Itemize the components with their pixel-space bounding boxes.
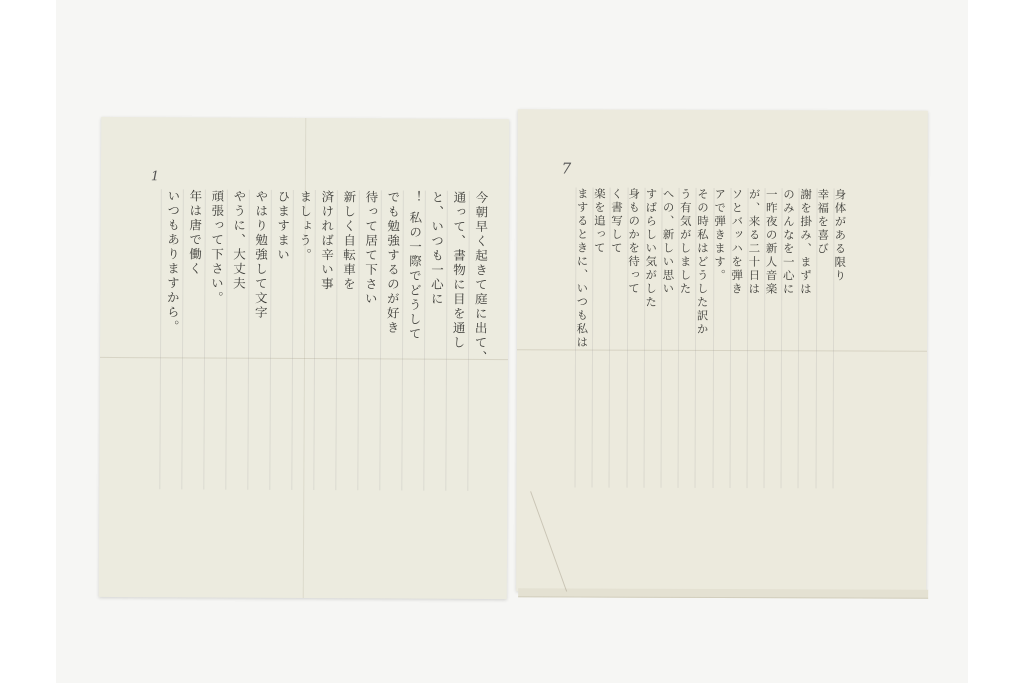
- text-column: ソとバッハを弾き: [729, 188, 747, 488]
- text-column: やうに、大丈夫: [225, 190, 249, 490]
- text-column: 楽を追って: [592, 188, 610, 488]
- text-column: 身体がある限り: [832, 188, 850, 488]
- paper-stack-edge: [518, 588, 928, 598]
- text-column: ！ 私の一際でどうして: [401, 191, 425, 491]
- text-column: 新しく自転車を: [335, 190, 359, 490]
- text-column: 済ければ辛い事: [313, 190, 337, 490]
- text-column: う有気がしました: [678, 188, 696, 488]
- text-column: 通って、書物に目を通し: [445, 191, 469, 491]
- text-column: でも勉強するのが好き: [379, 190, 403, 490]
- text-column: その時私はどうした訳か: [695, 188, 713, 488]
- text-column: やはり勉強して文字: [247, 190, 271, 490]
- manuscript-page-left: 1 今朝早く起きて庭に出て、 通って、書物に目を通し と、いつも一心に ！ 私の…: [99, 117, 510, 599]
- manuscript-page-right: 7 身体がある限り 幸福を喜び 謝を掛み、まずは のみんなを一心に 一昨夜の新人…: [516, 109, 928, 592]
- text-column: への、新しい思い: [660, 188, 678, 488]
- text-column: すばらしい気がした: [643, 188, 661, 488]
- text-column: 身ものかを待って: [626, 188, 644, 488]
- text-column: 一昨夜の新人音楽: [764, 188, 782, 488]
- text-column: 年は唐で働く: [181, 189, 205, 489]
- text-column: く書写して: [609, 188, 627, 488]
- text-column: いつもありますから。: [159, 189, 183, 489]
- handwritten-text-block: 身体がある限り 幸福を喜び 謝を掛み、まずは のみんなを一心に 一昨夜の新人音楽…: [575, 187, 851, 488]
- text-column: ひますまい: [269, 190, 293, 490]
- text-column: と、いつも一心に: [423, 191, 447, 491]
- page-number: 7: [562, 159, 572, 177]
- text-column: 謝を掛み、まずは: [798, 188, 816, 488]
- text-column: 幸福を喜び: [815, 188, 833, 488]
- text-column: まするときに、いつも私は: [575, 187, 593, 487]
- text-column: 頑張って下さい。: [203, 189, 227, 489]
- text-column: が、来る二十日は: [746, 188, 764, 488]
- text-column: のみんなを一心に: [781, 188, 799, 488]
- text-column: 待って居て下さい: [357, 190, 381, 490]
- text-column: 今朝早く起きて庭に出て、: [467, 191, 491, 491]
- text-column: アで弾きます。: [712, 188, 730, 488]
- handwritten-text-block: 今朝早く起きて庭に出て、 通って、書物に目を通し と、いつも一心に ！ 私の一際…: [154, 189, 491, 491]
- text-column: ましょう。: [291, 190, 315, 490]
- page-number: 1: [151, 169, 159, 184]
